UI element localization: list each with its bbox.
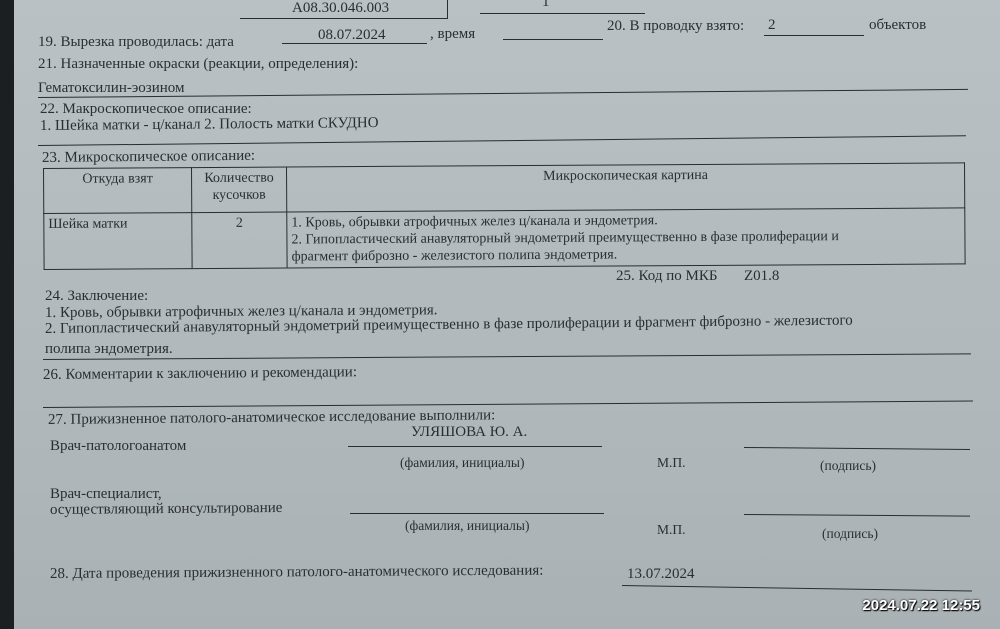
- pathologist-role: Врач-патологоанатом: [50, 438, 186, 455]
- consultant-name-underline: [350, 513, 604, 514]
- pathologist-signature-caption: (подпись): [820, 458, 876, 474]
- conclusion-line-3: полипа эндометрия.: [45, 341, 173, 358]
- col-header-pieces: Количество кусочков: [192, 167, 287, 213]
- consultant-seal: М.П.: [657, 522, 686, 538]
- cell-source: Шейка матки: [44, 213, 192, 270]
- icd-label: 25. Код по МКБ: [616, 268, 717, 285]
- study-date-label: 28. Дата проведения прижизненного патоло…: [50, 563, 544, 583]
- macro-value: 1. Шейка матки - ц/канал 2. Полость матк…: [40, 115, 379, 135]
- stains-value: Гематоксилин-эозином: [38, 80, 184, 97]
- cutting-date-value: 08.07.2024: [318, 27, 386, 44]
- study-date-value: 13.07.2024: [627, 566, 695, 583]
- table-row: Шейка матки 2 1. Кровь, обрывки атрофичн…: [44, 208, 965, 270]
- quantity-underline: [480, 13, 645, 14]
- cutting-date-label: 19. Вырезка проводилась: дата: [38, 34, 234, 51]
- cell-pieces: 2: [192, 212, 287, 269]
- comments-label: 26. Комментарии к заключению и рекоменда…: [43, 364, 357, 384]
- cutting-time-label: , время: [430, 26, 475, 43]
- col-header-picture: Микроскопическая картина: [286, 163, 964, 212]
- cutting-date-underline: [282, 43, 427, 44]
- pathologist-name: УЛЯШОВА Ю. А.: [411, 424, 527, 441]
- cutting-time-underline: [503, 39, 603, 40]
- col-header-source: Откуда взят: [44, 168, 192, 214]
- service-code-underline: [240, 18, 448, 19]
- consultant-name-caption: (фамилия, инициалы): [405, 518, 529, 534]
- pathologist-seal: М.П.: [657, 455, 686, 471]
- stains-label: 21. Назначенные окраски (реакции, опреде…: [38, 56, 358, 73]
- quantity-value: 1: [542, 0, 550, 11]
- icd-code: Z01.8: [744, 268, 779, 285]
- processing-underline: [764, 35, 864, 36]
- pathologist-name-underline: [348, 446, 602, 447]
- cell-picture: 1. Кровь, обрывки атрофичных желез ц/кан…: [287, 208, 965, 268]
- photo-timestamp: 2024.07.22 12:55: [862, 597, 980, 614]
- consultant-role-line-2: осуществляющий консультирование: [50, 500, 283, 519]
- conclusion-label: 24. Заключение:: [45, 288, 148, 305]
- micro-table: Откуда взят Количество кусочков Микроско…: [43, 162, 966, 270]
- micro-label: 23. Микроскопическое описание:: [42, 148, 255, 167]
- processing-unit: объектов: [869, 17, 926, 34]
- picture-line: фрагмент фиброзно - железистого полипа э…: [291, 244, 960, 265]
- processing-value: 2: [768, 17, 776, 34]
- processing-label: 20. В проводку взято:: [607, 18, 744, 35]
- pathologist-name-caption: (фамилия, инициалы): [400, 455, 524, 471]
- service-code: А08.30.046.003: [292, 0, 389, 17]
- cell-divider: [447, 0, 448, 18]
- consultant-signature-caption: (подпись): [822, 526, 878, 542]
